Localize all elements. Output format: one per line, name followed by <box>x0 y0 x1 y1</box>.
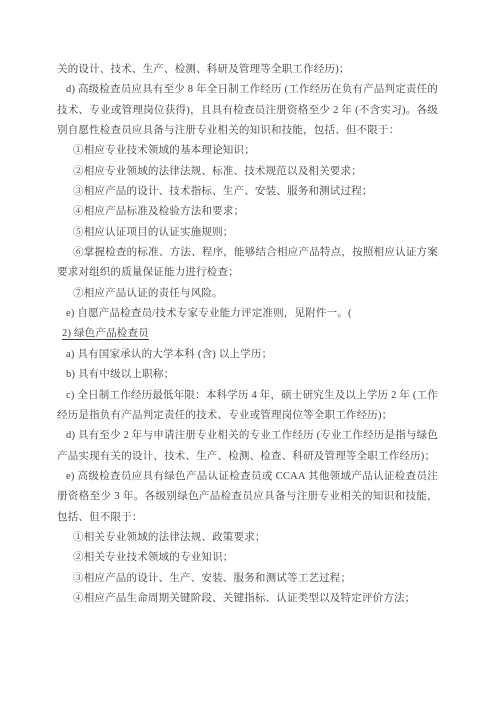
paragraph-circled-2-green: ②相关专业技术领域的专业知识； <box>57 548 438 568</box>
paragraph-circled-7: ⑦相应产品认证的责任与风险。 <box>57 284 438 304</box>
paragraph-circled-1: ①相应专业技术领域的基本理论知识； <box>57 141 438 161</box>
paragraph-item-c-work-experience: c) 全日制工作经历最低年限：本科学历 4 年，硕士研究生及以上学历 2 年 (… <box>57 386 438 427</box>
paragraph-item-a-education: a) 具有国家承认的大学本科 (含) 以上学历； <box>57 345 438 365</box>
heading-green-product-inspector: 2) 绿色产品检查员 <box>57 324 438 344</box>
paragraph-circled-4-green: ④相应产品生命周期关键阶段、关键指标、认证类型以及特定评价方法； <box>57 589 438 609</box>
paragraph-item-e-evaluation-criteria: e) 自愿产品检查员/技术专家专业能力评定准则，见附件一。( <box>57 304 438 324</box>
document-page: 关的设计、技术、生产、检测、科研及管理等全职工作经历)；d) 高级检查员应具有至… <box>0 0 500 707</box>
paragraph-continuation-prev-page: 关的设计、技术、生产、检测、科研及管理等全职工作经历)； <box>57 60 438 80</box>
paragraph-item-b-title: b) 具有中级以上职称； <box>57 365 438 385</box>
paragraph-circled-2: ②相应专业领域的法律法规、标准、技术规范以及相关要求； <box>57 162 438 182</box>
paragraph-circled-1-green: ①相关专业领域的法律法规、政策要求； <box>57 528 438 548</box>
paragraph-item-d-senior-inspector: d) 高级检查员应具有至少 8 年全日制工作经历 (工作经历在负有产品判定责任的… <box>57 80 438 141</box>
paragraph-circled-4: ④相应产品标准及检验方法和要求； <box>57 202 438 222</box>
paragraph-item-d-professional-experience: d) 具有至少 2 年与申请注册专业相关的专业工作经历 (专业工作经历是指与绿色… <box>57 426 438 467</box>
document-text-block: 关的设计、技术、生产、检测、科研及管理等全职工作经历)；d) 高级检查员应具有至… <box>57 60 438 609</box>
paragraph-item-e-senior-green-inspector: e) 高级检查员应具有绿色产品认证检查员或 CCAA 其他领域产品认证检查员注册… <box>57 467 438 528</box>
paragraph-circled-5: ⑤相应认证项目的认证实施规则； <box>57 223 438 243</box>
paragraph-circled-6: ⑥掌握检查的标准、方法、程序，能够结合相应产品特点，按照相应认证方案要求对组织的… <box>57 243 438 284</box>
paragraph-circled-3: ③相应产品的设计、技术指标、生产、安装、服务和测试过程； <box>57 182 438 202</box>
paragraph-circled-3-green: ③相应产品的设计、生产、安装、服务和测试等工艺过程； <box>57 569 438 589</box>
